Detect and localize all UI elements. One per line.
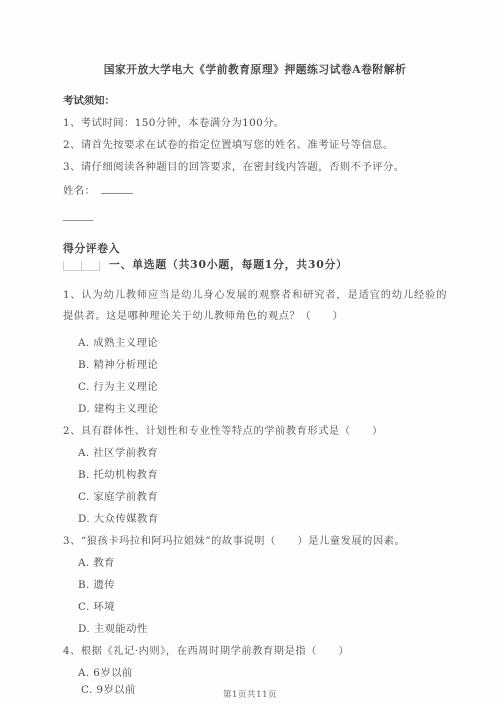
question-option: C. 环境 (78, 602, 447, 613)
question-option: C. 行为主义理论 (78, 382, 447, 393)
question-option: D. 主观能动性 (78, 624, 447, 635)
name-blank-line (101, 184, 133, 194)
page-number-indicator: 第1页共11页 (0, 688, 500, 700)
exam-paper-page: 国家开放大学电大《学前教育原理》押题练习试卷A卷附解析 考试须知： 1、考试时间… (0, 0, 500, 707)
question-text: 4、根据《礼记·内则》，在西周时期学前教育期是指（ ） (63, 646, 447, 657)
section-row: 一、单选题（共30小题，每题1分，共30分） (63, 257, 447, 272)
question-option: B. 精神分析理论 (78, 360, 447, 371)
question-option: A. 教育 (78, 558, 447, 569)
question-option: A. 6岁以前 (78, 668, 447, 679)
question-text: 3、“狼孩卡玛拉和阿玛拉姐妹”的故事说明（ ）是儿童发展的因素。 (63, 536, 447, 547)
question-option: B. 遗传 (78, 580, 447, 591)
blank-line (63, 211, 447, 224)
name-label: 姓名： (63, 185, 95, 197)
page-title: 国家开放大学电大《学前教育原理》押题练习试卷A卷附解析 (63, 62, 447, 77)
question-option: A. 成熟主义理论 (78, 338, 447, 349)
blank-underline (63, 211, 93, 221)
grader-box-label: 得分评卷入 (63, 243, 447, 254)
notice-heading: 考试须知： (63, 96, 447, 107)
score-box-cell (63, 261, 81, 271)
score-box (63, 261, 100, 271)
name-row: 姓名： (63, 184, 447, 197)
question-text: 1、认为幼儿教师应当是幼儿身心发展的观察者和研究者，是适宜的幼儿经验的提供者。这… (63, 285, 447, 327)
section-heading: 一、单选题（共30小题，每题1分，共30分） (109, 257, 348, 272)
score-box-cell (81, 261, 100, 271)
question-option: A. 社区学前教育 (78, 448, 447, 459)
question-option: B. 托幼机构教育 (78, 470, 447, 481)
question-text: 2、具有群体性、计划性和专业性等特点的学前教育形式是（ ） (63, 426, 447, 437)
question-option: D. 大众传媒教育 (78, 514, 447, 525)
notice-item: 3、请仔细阅读各种题目的回答要求，在密封线内答题，否则不予评分。 (63, 162, 447, 173)
notice-item: 2、请首先按要求在试卷的指定位置填写您的姓名、准考证号等信息。 (63, 140, 447, 151)
question-option: D. 建构主义理论 (78, 404, 447, 415)
page-content: 国家开放大学电大《学前教育原理》押题练习试卷A卷附解析 考试须知： 1、考试时间… (63, 0, 447, 696)
notice-item: 1、考试时间：150分钟，本卷满分为100分。 (63, 118, 447, 129)
question-option: C. 家庭学前教育 (78, 492, 447, 503)
